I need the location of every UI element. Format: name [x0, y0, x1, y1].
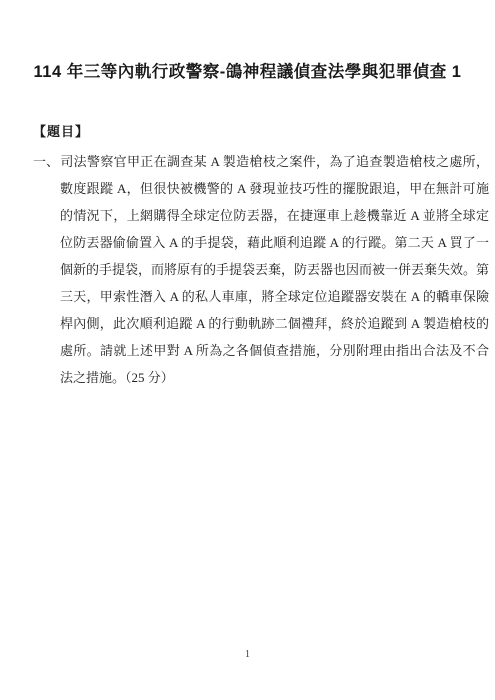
document-page: 114 年三等內軌行政警察-鴿神程議偵查法學與犯罪偵查 1 【題目】 一、司法警…	[0, 0, 495, 700]
page-number: 1	[0, 649, 495, 660]
question-text: 司法警察官甲正在調查某 A 製造槍枝之案件，為了追查製造槍枝之處所，數度跟蹤 A…	[60, 154, 489, 385]
question-number: 一、	[33, 148, 60, 175]
question-paragraph: 一、司法警察官甲正在調查某 A 製造槍枝之案件，為了追查製造槍枝之處所，數度跟蹤…	[33, 148, 489, 391]
section-label: 【題目】	[33, 121, 89, 140]
document-title: 114 年三等內軌行政警察-鴿神程議偵查法學與犯罪偵查 1	[10, 58, 485, 82]
